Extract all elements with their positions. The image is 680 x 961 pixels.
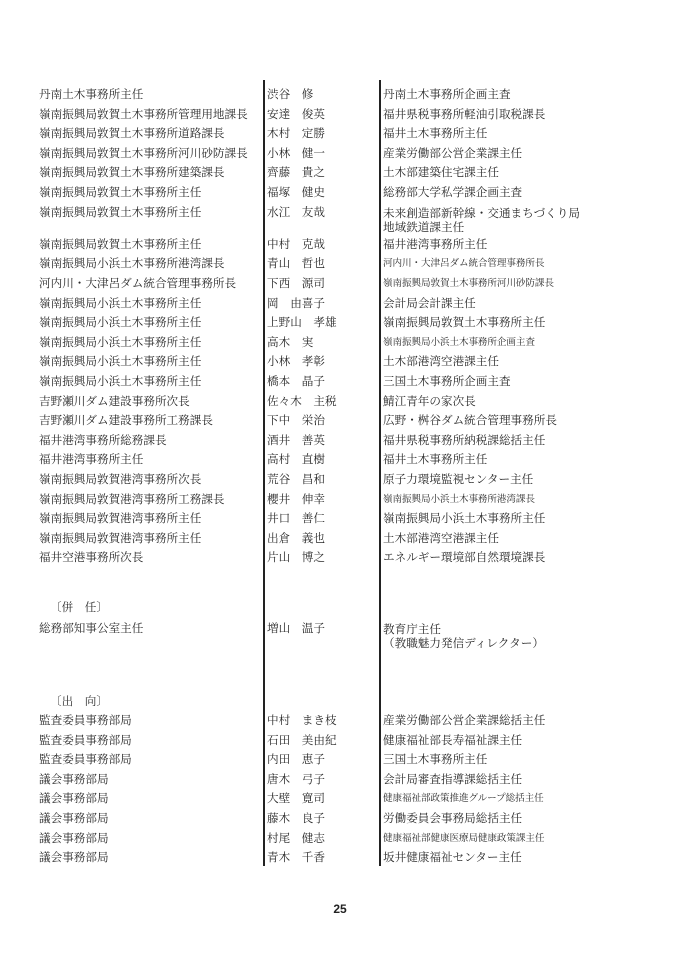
new-position: 鯖江青年の家次長	[383, 392, 476, 411]
previous-position: 嶺南振興局敦賀土木事務所道路課長	[39, 124, 225, 143]
table-row: 嶺南振興局小浜土木事務所主任小林 孝彰土木部港湾空港課主任	[0, 352, 680, 371]
employee-name: 荒谷 昌和	[267, 470, 325, 489]
previous-position: 福井港湾事務所主任	[39, 450, 143, 469]
table-row: 監査委員事務部局石田 美由紀健康福祉部長寿福祉課主任	[0, 731, 680, 750]
table-row: 嶺南振興局敦賀土木事務所管理用地課長安達 俊英福井県税事務所軽油引取税課長	[0, 105, 680, 124]
table-row: 議会事務部局藤木 良子労働委員会事務局総括主任	[0, 809, 680, 828]
new-position: 会計局審査指導課総括主任	[383, 770, 522, 789]
employee-name: 酒井 善英	[267, 431, 325, 450]
previous-position: 嶺南振興局敦賀土木事務所主任	[39, 203, 201, 222]
employee-name: 齊藤 貴之	[267, 163, 325, 182]
previous-position: 嶺南振興局小浜土木事務所主任	[39, 294, 201, 313]
employee-name: 岡 由喜子	[267, 294, 325, 313]
page-number: 25	[0, 902, 680, 916]
table-row: 福井港湾事務所総務課長酒井 善英福井県税事務所納税課総括主任	[0, 431, 680, 450]
previous-position: 河内川・大津呂ダム統合管理事務所長	[39, 274, 236, 293]
previous-position: 嶺南振興局小浜土木事務所主任	[39, 313, 201, 332]
employee-name: 出倉 義也	[267, 529, 325, 548]
previous-position: 丹南土木事務所主任	[39, 85, 143, 104]
table-row: 嶺南振興局敦賀土木事務所河川砂防課長小林 健一産業労働部公営企業課主任	[0, 144, 680, 163]
previous-position: 嶺南振興局敦賀港湾事務所工務課長	[39, 490, 225, 509]
employee-name: 中村 克哉	[267, 235, 325, 254]
new-position: 労働委員会事務局総括主任	[383, 809, 522, 828]
employee-name: 佐々木 主税	[267, 392, 337, 411]
new-position: 三国土木事務所企画主査	[383, 372, 511, 391]
new-position: 福井土木事務所主任	[383, 124, 487, 143]
table-row: 嶺南振興局敦賀土木事務所主任福塚 健史総務部大学私学課企画主査	[0, 183, 680, 202]
previous-position: 嶺南振興局敦賀土木事務所主任	[39, 183, 201, 202]
new-position-line1: 教育庁主任	[383, 622, 441, 636]
employee-name: 水江 友哉	[267, 203, 325, 222]
previous-position: 嶺南振興局小浜土木事務所港湾課長	[39, 254, 225, 273]
table-row: 福井空港事務所次長片山 博之エネルギー環境部自然環境課長	[0, 548, 680, 567]
employee-name: 石田 美由紀	[267, 731, 337, 750]
table-row: 監査委員事務部局中村 まき枝産業労働部公営企業課総括主任	[0, 711, 680, 730]
table-row: 嶺南振興局敦賀土木事務所建築課長齊藤 貴之土木部建築住宅課主任	[0, 163, 680, 182]
employee-name: 小林 健一	[267, 144, 325, 163]
previous-position: 監査委員事務部局	[39, 750, 132, 769]
employee-name: 小林 孝彰	[267, 352, 325, 371]
table-row: 監査委員事務部局内田 恵子三国土木事務所主任	[0, 750, 680, 769]
new-position: 坂井健康福祉センター主任	[383, 848, 522, 867]
employee-name: 青木 千香	[267, 848, 325, 867]
table-row: 河内川・大津呂ダム統合管理事務所長下西 源司嶺南振興局敦賀土木事務所河川砂防課長	[0, 274, 680, 293]
previous-position: 嶺南振興局敦賀土木事務所管理用地課長	[39, 105, 248, 124]
employee-name: 大壁 寛司	[267, 789, 325, 808]
employee-name: 増山 温子	[267, 619, 325, 638]
table-row: 嶺南振興局小浜土木事務所港湾課長青山 哲也河内川・大津呂ダム統合管理事務所長	[0, 254, 680, 273]
table-row: 嶺南振興局敦賀港湾事務所主任出倉 義也土木部港湾空港課主任	[0, 529, 680, 548]
employee-name: 高村 直樹	[267, 450, 325, 469]
new-position: 河内川・大津呂ダム統合管理事務所長	[383, 254, 544, 273]
table-row: 嶺南振興局小浜土木事務所主任上野山 孝雄嶺南振興局敦賀土木事務所主任	[0, 313, 680, 332]
employee-name: 藤木 良子	[267, 809, 325, 828]
new-position-line2: （教職魅力発信ディレクター）	[383, 636, 544, 650]
previous-position: 福井空港事務所次長	[39, 548, 143, 567]
new-position: 土木部港湾空港課主任	[383, 529, 499, 548]
employee-name: 安達 俊英	[267, 105, 325, 124]
table-row: 嶺南振興局敦賀港湾事務所工務課長櫻井 伸幸嶺南振興局小浜土木事務所港湾課長	[0, 490, 680, 509]
previous-position: 嶺南振興局小浜土木事務所主任	[39, 372, 201, 391]
new-position: 健康福祉部政策推進グループ総括主任	[383, 789, 544, 808]
new-position: 総務部大学私学課企画主査	[383, 183, 522, 202]
employee-name: 唐木 弓子	[267, 770, 325, 789]
employee-name: 渋谷 修	[267, 85, 313, 104]
new-position: 原子力環境監視センター主任	[383, 470, 533, 489]
previous-position: 吉野瀬川ダム建設事務所次長	[39, 392, 190, 411]
new-position: 福井県税事務所納税課総括主任	[383, 431, 545, 450]
new-position: 丹南土木事務所企画主査	[383, 85, 511, 104]
previous-position: 総務部知事公室主任	[39, 619, 143, 638]
previous-position: 嶺南振興局小浜土木事務所主任	[39, 333, 201, 352]
table-row: 嶺南振興局敦賀港湾事務所主任井口 善仁嶺南振興局小浜土木事務所主任	[0, 509, 680, 528]
new-position: 健康福祉部長寿福祉課主任	[383, 731, 522, 750]
table-row: 嶺南振興局敦賀土木事務所主任中村 克哉福井港湾事務所主任	[0, 235, 680, 254]
table-row: 嶺南振興局敦賀港湾事務所次長荒谷 昌和原子力環境監視センター主任	[0, 470, 680, 489]
employee-name: 櫻井 伸幸	[267, 490, 325, 509]
employee-name: 橋本 晶子	[267, 372, 325, 391]
new-position: 三国土木事務所主任	[383, 750, 487, 769]
new-position: 嶺南振興局小浜土木事務所主任	[383, 509, 545, 528]
employee-name: 片山 博之	[267, 548, 325, 567]
new-position: 嶺南振興局小浜土木事務所港湾課長	[383, 490, 535, 509]
table-row: 嶺南振興局小浜土木事務所主任橋本 晶子三国土木事務所企画主査	[0, 372, 680, 391]
employee-name: 福塚 健史	[267, 183, 325, 202]
previous-position: 嶺南振興局敦賀土木事務所河川砂防課長	[39, 144, 248, 163]
table-row: 嶺南振興局小浜土木事務所主任高木 実嶺南振興局小浜土木事務所企画主査	[0, 333, 680, 352]
employee-name: 中村 まき枝	[267, 711, 337, 730]
previous-position: 嶺南振興局敦賀港湾事務所主任	[39, 509, 201, 528]
new-position: 会計局会計課主任	[383, 294, 476, 313]
new-position: 健康福祉部健康医療局健康政策課主任	[383, 829, 544, 848]
table-row: 議会事務部局村尾 健志健康福祉部健康医療局健康政策課主任	[0, 829, 680, 848]
table-row: 吉野瀬川ダム建設事務所次長佐々木 主税鯖江青年の家次長	[0, 392, 680, 411]
previous-position: 福井港湾事務所総務課長	[39, 431, 167, 450]
previous-position: 議会事務部局	[39, 809, 109, 828]
table-row: 議会事務部局唐木 弓子会計局審査指導課総括主任	[0, 770, 680, 789]
new-position: 嶺南振興局敦賀土木事務所河川砂防課長	[383, 274, 554, 293]
employee-name: 井口 善仁	[267, 509, 325, 528]
new-position: 嶺南振興局小浜土木事務所企画主査	[383, 333, 535, 352]
new-position: 未来創造部新幹線・交通まちづくり局地域鉄道課主任	[383, 206, 580, 234]
new-position: 福井県税事務所軽油引取税課長	[383, 105, 545, 124]
table-row: 議会事務部局大壁 寛司健康福祉部政策推進グループ総括主任	[0, 789, 680, 808]
employee-name: 村尾 健志	[267, 829, 325, 848]
employee-name: 青山 哲也	[267, 254, 325, 273]
previous-position: 監査委員事務部局	[39, 711, 132, 730]
employee-name: 上野山 孝雄	[267, 313, 337, 332]
table-row: 福井港湾事務所主任高村 直樹福井土木事務所主任	[0, 450, 680, 469]
section-heading-secondment: 〔出 向〕	[50, 692, 108, 711]
new-position: エネルギー環境部自然環境課長	[383, 548, 545, 567]
previous-position: 嶺南振興局小浜土木事務所主任	[39, 352, 201, 371]
table-row: 議会事務部局青木 千香坂井健康福祉センター主任	[0, 848, 680, 867]
previous-position: 議会事務部局	[39, 848, 109, 867]
table-row: 吉野瀬川ダム建設事務所工務課長下中 栄治広野・桝谷ダム統合管理事務所長	[0, 411, 680, 430]
new-position: 土木部建築住宅課主任	[383, 163, 499, 182]
new-position: 広野・桝谷ダム統合管理事務所長	[383, 411, 557, 430]
previous-position: 議会事務部局	[39, 789, 109, 808]
previous-position: 吉野瀬川ダム建設事務所工務課長	[39, 411, 213, 430]
section-heading-concurrent: 〔併 任〕	[50, 598, 108, 617]
new-position-line1: 未来創造部新幹線・交通まちづくり局	[383, 206, 580, 220]
new-position: 教育庁主任 （教職魅力発信ディレクター）	[383, 622, 544, 650]
previous-position: 嶺南振興局敦賀港湾事務所主任	[39, 529, 201, 548]
table-row: 嶺南振興局敦賀土木事務所主任水江 友哉未来創造部新幹線・交通まちづくり局地域鉄道…	[0, 203, 680, 222]
previous-position: 嶺南振興局敦賀土木事務所主任	[39, 235, 201, 254]
table-row: 嶺南振興局敦賀土木事務所道路課長木村 定勝福井土木事務所主任	[0, 124, 680, 143]
table-row: 総務部知事公室主任 増山 温子 教育庁主任 （教職魅力発信ディレクター）	[0, 619, 680, 638]
previous-position: 議会事務部局	[39, 770, 109, 789]
table-row: 嶺南振興局小浜土木事務所主任岡 由喜子会計局会計課主任	[0, 294, 680, 313]
new-position: 産業労働部公営企業課総括主任	[383, 711, 545, 730]
employee-name: 下中 栄治	[267, 411, 325, 430]
previous-position: 議会事務部局	[39, 829, 109, 848]
employee-name: 木村 定勝	[267, 124, 325, 143]
new-position: 嶺南振興局敦賀土木事務所主任	[383, 313, 545, 332]
employee-name: 高木 実	[267, 333, 313, 352]
new-position: 土木部港湾空港課主任	[383, 352, 499, 371]
table-row: 丹南土木事務所主任渋谷 修丹南土木事務所企画主査	[0, 85, 680, 104]
employee-name: 内田 恵子	[267, 750, 325, 769]
new-position: 福井港湾事務所主任	[383, 235, 487, 254]
new-position: 福井土木事務所主任	[383, 450, 487, 469]
previous-position: 嶺南振興局敦賀港湾事務所次長	[39, 470, 201, 489]
new-position-line2: 地域鉄道課主任	[383, 220, 464, 234]
employee-name: 下西 源司	[267, 274, 325, 293]
previous-position: 監査委員事務部局	[39, 731, 132, 750]
previous-position: 嶺南振興局敦賀土木事務所建築課長	[39, 163, 225, 182]
new-position: 産業労働部公営企業課主任	[383, 144, 522, 163]
